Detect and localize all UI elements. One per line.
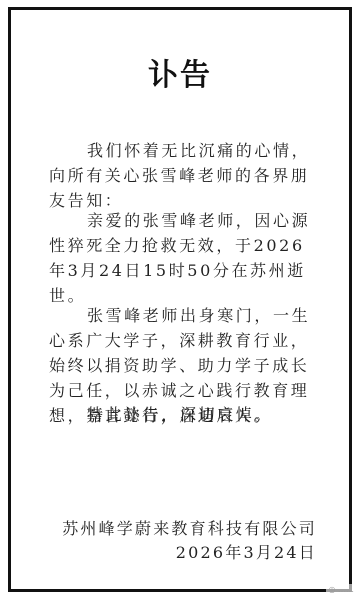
- paragraph-closing: 特此讣告，深切哀悼。: [49, 402, 317, 427]
- paragraph-intro: 我们怀着无比沉痛的心情，向所有关心张雪峰老师的各界朋友告知：: [49, 138, 317, 213]
- signature-date: 2026年3月24日: [176, 540, 317, 565]
- paragraph-death-notice: 亲爱的张雪峰老师，因心源性猝死全力抢救无效，于2026年3月24日15时50分在…: [49, 208, 317, 308]
- signature-company: 苏州峰学蔚来教育科技有限公司: [62, 516, 317, 541]
- watermark: ◎ ……: [326, 584, 356, 596]
- document-title: 讣告: [11, 56, 349, 96]
- obituary-frame: 讣告 我们怀着无比沉痛的心情，向所有关心张雪峰老师的各界朋友告知： 亲爱的张雪峰…: [8, 7, 352, 592]
